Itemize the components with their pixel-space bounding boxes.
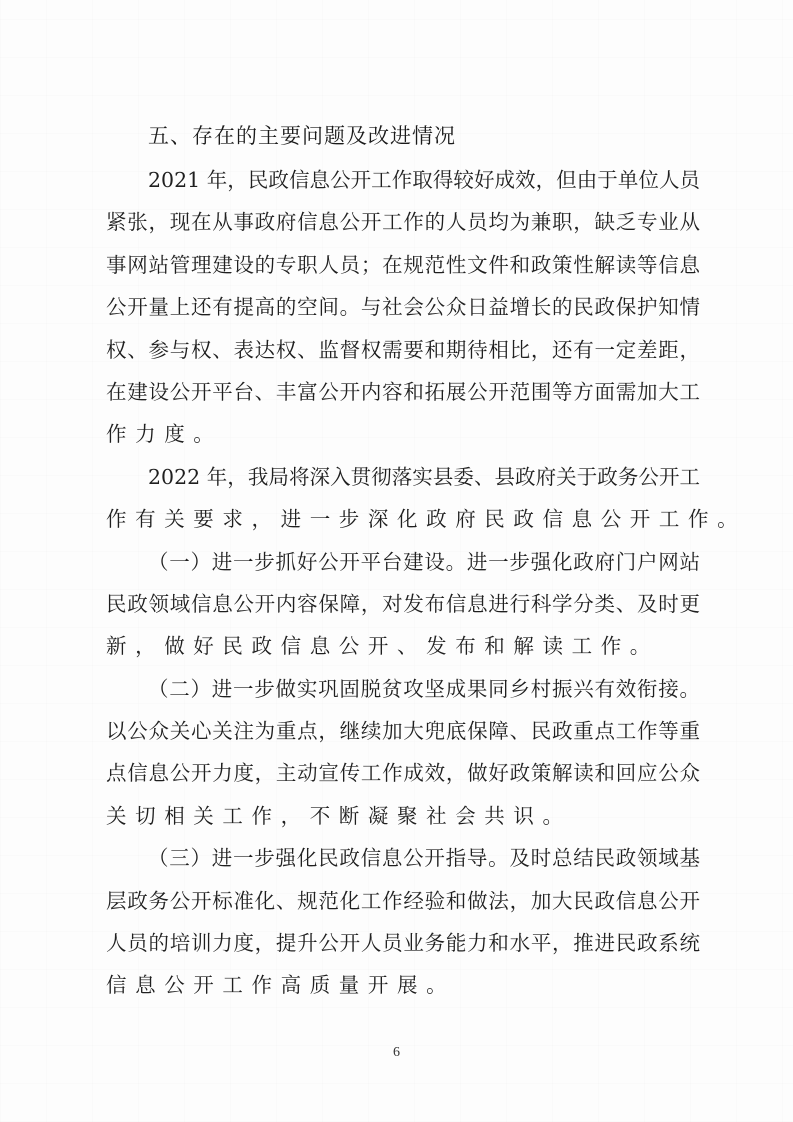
text-line: 以公众关心关注为重点，继续加大兜底保障、民政重点工作等重	[106, 717, 700, 759]
text-line: 事网站管理建设的专职人员；在规范性文件和政策性解读等信息	[106, 251, 700, 293]
text-line: 在建设公开平台、丰富公开内容和拓展公开范围等方面需加大工	[106, 378, 700, 420]
text-line: 层政务公开标准化、规范化工作经验和做法，加大民政信息公开	[106, 887, 700, 929]
text-line: 民政领域信息公开内容保障，对发布信息进行科学分类、及时更	[106, 590, 700, 632]
text-line: 点信息公开力度，主动宣传工作成效，做好政策解读和回应公众	[106, 759, 700, 801]
document-body: 2021 年，民政信息公开工作取得较好成效，但由于单位人员 紧张，现在从事政府信…	[106, 166, 700, 1014]
text-line: 新，做好民政信息公开、发布和解读工作。	[106, 632, 700, 674]
text-line: 人员的培训力度，提升公开人员业务能力和水平，推进民政系统	[106, 929, 700, 971]
paragraph-item-3-guidance: （三）进一步强化民政信息公开指导。及时总结民政领域基 层政务公开标准化、规范化工…	[106, 844, 700, 1014]
text-line: （二）进一步做实巩固脱贫攻坚成果同乡村振兴有效衔接。	[106, 675, 700, 717]
paragraph-2022-plan: 2022 年，我局将深入贯彻落实县委、县政府关于政务公开工 作有关要求，进一步深…	[106, 463, 700, 548]
text-line: 作力度。	[106, 420, 700, 462]
text-line: 2021 年，民政信息公开工作取得较好成效，但由于单位人员	[106, 166, 700, 208]
text-line: 作有关要求，进一步深化政府民政信息公开工作。	[106, 505, 700, 547]
text-line: 2022 年，我局将深入贯彻落实县委、县政府关于政务公开工	[106, 463, 700, 505]
text-line: 权、参与权、表达权、监督权需要和期待相比，还有一定差距，	[106, 336, 700, 378]
section-heading: 五、存在的主要问题及改进情况	[148, 122, 456, 150]
paragraph-item-1-platform: （一）进一步抓好公开平台建设。进一步强化政府门户网站 民政领域信息公开内容保障，…	[106, 548, 700, 675]
document-page: 五、存在的主要问题及改进情况 2021 年，民政信息公开工作取得较好成效，但由于…	[0, 0, 793, 1122]
text-line: 紧张，现在从事政府信息公开工作的人员均为兼职，缺乏专业从	[106, 208, 700, 250]
text-line: 关切相关工作，不断凝聚社会共识。	[106, 802, 700, 844]
page-number: 6	[0, 1045, 793, 1061]
text-line: （三）进一步强化民政信息公开指导。及时总结民政领域基	[106, 844, 700, 886]
text-line: （一）进一步抓好公开平台建设。进一步强化政府门户网站	[106, 548, 700, 590]
text-line: 公开量上还有提高的空间。与社会公众日益增长的民政保护知情	[106, 293, 700, 335]
paragraph-item-2-rural-revitalization: （二）进一步做实巩固脱贫攻坚成果同乡村振兴有效衔接。 以公众关心关注为重点，继续…	[106, 675, 700, 845]
paragraph-2021-summary: 2021 年，民政信息公开工作取得较好成效，但由于单位人员 紧张，现在从事政府信…	[106, 166, 700, 463]
text-line: 信息公开工作高质量开展。	[106, 971, 700, 1013]
